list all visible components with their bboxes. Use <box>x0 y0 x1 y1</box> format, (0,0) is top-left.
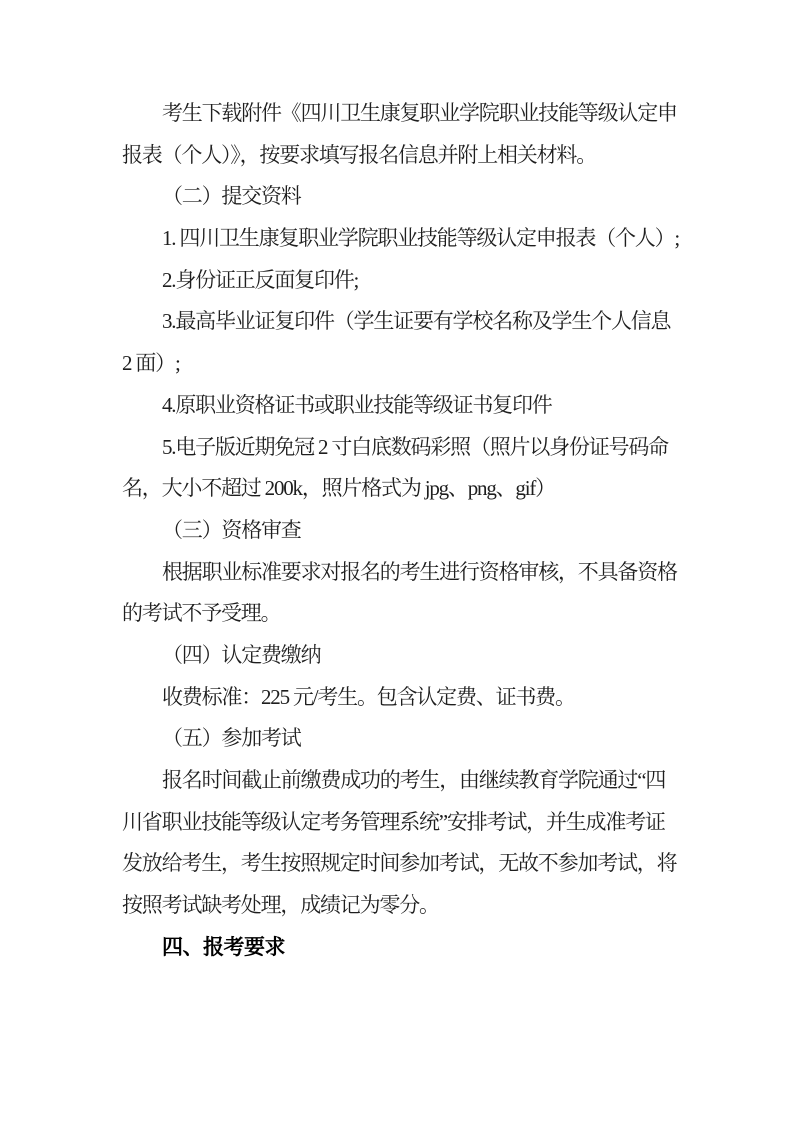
paragraph-line-fee-standard: 收费标准：225 元/考生。包含认定费、证书费。 <box>122 677 682 719</box>
paragraph-line: 按照考试缺考处理，成绩记为零分。 <box>122 885 682 927</box>
paragraph-line: 发放给考生，考生按照规定时间参加考试，无故不参加考试，将 <box>122 843 682 885</box>
section-heading-registration-requirements: 四、报考要求 <box>122 927 682 969</box>
paragraph-line: 考生下载附件《四川卫生康复职业学院职业技能等级认定申 <box>122 93 682 135</box>
paragraph-line: 报名时间截止前缴费成功的考生，由继续教育学院通过“四 <box>122 760 682 802</box>
paragraph-line: 的考试不予受理。 <box>122 593 682 635</box>
list-item-3-continuation: 2 面）; <box>122 343 682 385</box>
subsection-heading-take-exam: （五）参加考试 <box>122 718 682 760</box>
list-item-5-continuation: 名，大小不超过 200k，照片格式为 jpg、png、gif） <box>122 468 682 510</box>
paragraph-line: 川省职业技能等级认定考务管理系统”安排考试，并生成准考证 <box>122 802 682 844</box>
paragraph-line: 报表（个人）》，按要求填写报名信息并附上相关材料。 <box>122 135 682 177</box>
list-item-1: 1. 四川卫生康复职业学院职业技能等级认定申报表（个人）; <box>122 218 682 260</box>
subsection-heading-qualification-review: （三）资格审查 <box>122 510 682 552</box>
list-item-4: 4.原职业资格证书或职业技能等级证书复印件 <box>122 385 682 427</box>
subsection-heading-fee-payment: （四）认定费缴纳 <box>122 635 682 677</box>
subsection-heading-submit-materials: （二）提交资料 <box>122 176 682 218</box>
list-item-5: 5.电子版近期免冠 2 寸白底数码彩照（照片以身份证号码命 <box>122 427 682 469</box>
list-item-3: 3.最高毕业证复印件（学生证要有学校名称及学生个人信息 <box>122 301 682 343</box>
document-page: 考生下载附件《四川卫生康复职业学院职业技能等级认定申 报表（个人）》，按要求填写… <box>0 0 793 1122</box>
list-item-2: 2.身份证正反面复印件; <box>122 260 682 302</box>
paragraph-line: 根据职业标准要求对报名的考生进行资格审核，不具备资格 <box>122 552 682 594</box>
document-content: 考生下载附件《四川卫生康复职业学院职业技能等级认定申 报表（个人）》，按要求填写… <box>122 93 682 968</box>
